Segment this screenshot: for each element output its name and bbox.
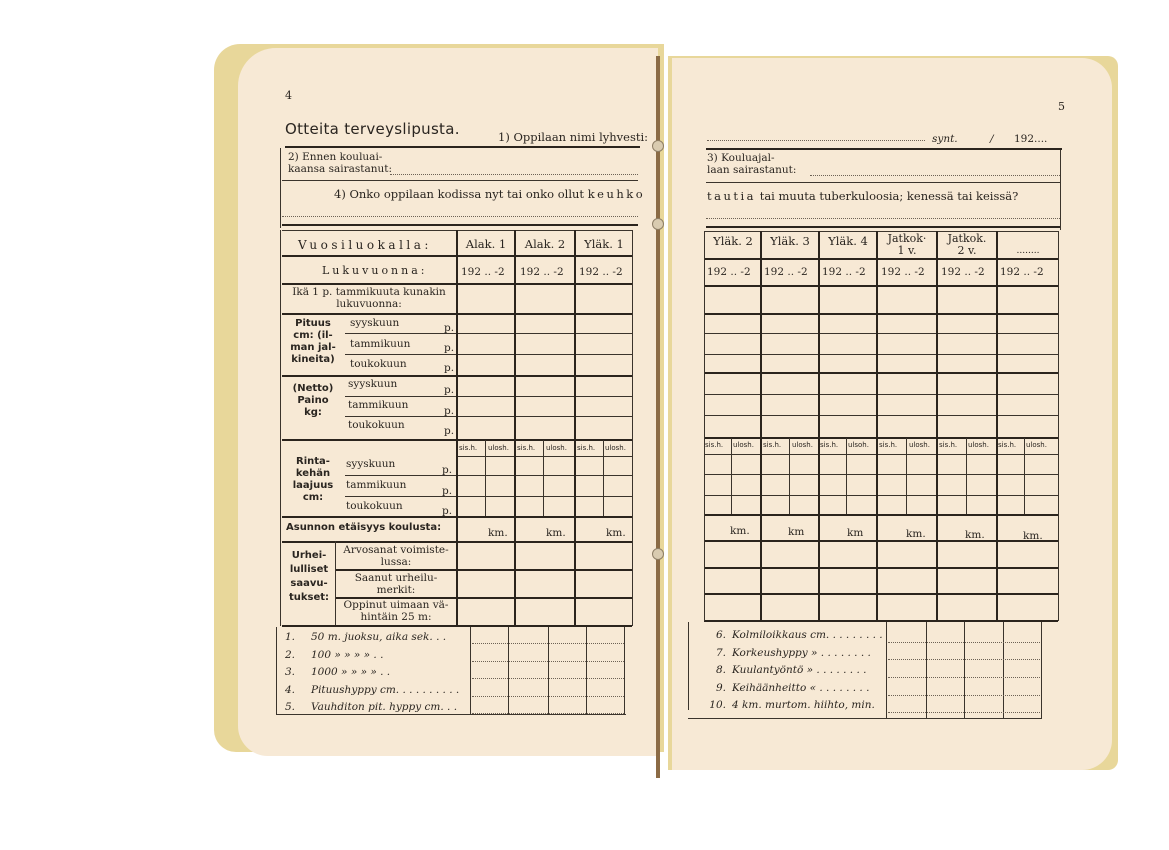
row-label-school-year: Lukuvuonna: <box>322 264 428 277</box>
month-toukokuun: toukokuun <box>346 500 403 512</box>
sport-row-badges: Saanut urheilu- <box>338 572 454 584</box>
question-3-label-1: 3) Kouluajal- <box>707 152 775 164</box>
day-suffix: p. <box>444 405 454 417</box>
chest-sub-inhale: sis.h. <box>517 444 535 452</box>
month-syyskuun: syyskuun <box>346 458 395 470</box>
month-tammikuun: tammikuun <box>350 338 410 350</box>
column-header-blank[interactable]: ........ <box>998 245 1058 257</box>
column-header-jatkok-2: 2 v. <box>938 245 996 257</box>
sport-row-swimming: Oppinut uimaan vä- <box>338 599 454 611</box>
event-label: Kuulantyöntö » . . . . . . . . <box>732 664 866 676</box>
distance-unit: km. <box>546 527 566 539</box>
school-year-field[interactable]: 192 .. -2 <box>881 266 925 278</box>
chest-group-label: kehän <box>284 468 342 480</box>
sport-row-badges: merkit: <box>338 584 454 596</box>
event-label: Kolmiloikkaus cm. . . . . . . . . <box>732 629 883 641</box>
age-label-2: lukuvuonna: <box>284 298 454 310</box>
question-4-continued: tai muuta tuberkuloosia; kenessä tai kei… <box>760 189 1019 203</box>
age-label-1: Ikä 1 p. tammikuuta kunakin <box>284 286 454 298</box>
page-number-left: 4 <box>285 89 292 102</box>
event-row: 8.Kuulantyöntö » . . . . . . . . <box>700 662 883 680</box>
weight-group-label: (Netto) <box>284 383 342 395</box>
event-number: 4. <box>285 682 311 700</box>
month-toukokuun: toukokuun <box>350 358 407 370</box>
chest-sub-inhale: sis.h. <box>577 444 595 452</box>
question-2-field[interactable] <box>390 174 638 175</box>
chest-sub-exhale: ulosh. <box>909 441 930 449</box>
student-name-field[interactable] <box>707 140 925 141</box>
event-number: 7. <box>700 645 732 663</box>
distance-unit: km. <box>1023 530 1043 542</box>
distance-unit: km. <box>906 528 926 540</box>
distance-unit: km. <box>488 527 508 539</box>
chest-sub-exhale: ulsoh. <box>848 441 869 449</box>
column-header-jatkok-1: 1 v. <box>878 245 936 257</box>
school-year-field[interactable]: 192 .. -2 <box>579 266 623 278</box>
event-row: 5.Vauhditon pit. hyppy cm. . . <box>285 699 459 717</box>
chest-group-label: laajuus <box>284 480 342 492</box>
month-tammikuun: tammikuun <box>348 399 408 411</box>
day-suffix: p. <box>442 485 452 497</box>
distance-unit: km. <box>730 525 750 537</box>
question-4-field[interactable] <box>282 216 638 217</box>
school-year-field[interactable]: 192 .. -2 <box>520 266 564 278</box>
distance-unit: km. <box>965 529 985 541</box>
school-year-field[interactable]: 192 .. -2 <box>822 266 866 278</box>
school-year-field[interactable]: 192 .. -2 <box>461 266 505 278</box>
event-label: Korkeushyppy » . . . . . . . . <box>732 647 871 659</box>
sport-group-label: lulliset <box>282 563 336 577</box>
month-syyskuun: syyskuun <box>348 378 397 390</box>
weight-group-label: kg: <box>284 407 342 419</box>
height-group-label: man jal- <box>284 342 342 354</box>
month-tammikuun: tammikuun <box>346 479 406 491</box>
question-4-label-spaced: keuhko <box>588 187 645 201</box>
event-row: 3.1000 » » » » . . <box>285 664 459 682</box>
day-suffix: p. <box>444 362 454 374</box>
column-header-ylak-1: Yläk. 1 <box>576 238 632 250</box>
page-number-right: 5 <box>1058 100 1065 113</box>
height-group-label: cm: (il- <box>284 330 342 342</box>
question-4-label: 4) Onko oppilaan kodissa nyt tai onko ol… <box>334 187 584 201</box>
question-4-field-right[interactable] <box>706 218 1060 219</box>
distance-unit: km. <box>606 527 626 539</box>
chest-sub-inhale: sis.h. <box>705 441 723 449</box>
question-3-label-2: laan sairastanut: <box>707 164 796 176</box>
chest-sub-exhale: ulosh. <box>605 444 626 452</box>
day-suffix: p. <box>442 505 452 517</box>
event-row: 2.100 » » » » . . <box>285 647 459 665</box>
chest-sub-inhale: sis.h. <box>879 441 897 449</box>
event-row: 7.Korkeushyppy » . . . . . . . . <box>700 645 883 663</box>
chest-group-label: cm: <box>284 492 342 504</box>
month-syyskuun: syyskuun <box>350 317 399 329</box>
weight-group-label: Paino <box>284 395 342 407</box>
row-label-grade: Vuosiluokalla: <box>298 238 432 252</box>
event-label: Vauhditon pit. hyppy cm. . . <box>311 701 457 713</box>
staple <box>652 218 664 230</box>
event-number: 3. <box>285 664 311 682</box>
event-row: 6.Kolmiloikkaus cm. . . . . . . . . <box>700 627 883 645</box>
event-number: 10. <box>700 697 732 715</box>
birth-year-field[interactable]: 192.... <box>1014 133 1047 145</box>
birth-date-separator: / <box>990 133 994 145</box>
event-label: Keihäänheitto « . . . . . . . . <box>732 682 869 694</box>
booklet-spine <box>656 56 660 778</box>
question-1-label: 1) Oppilaan nimi lyhvesti: <box>498 131 648 143</box>
distance-unit: km <box>788 526 804 538</box>
school-year-field[interactable]: 192 .. -2 <box>941 266 985 278</box>
event-label: Pituushyppy cm. . . . . . . . . . <box>311 684 459 696</box>
distance-label: Asunnon etäisyys koulusta: <box>286 522 441 534</box>
day-suffix: p. <box>444 425 454 437</box>
question-3-field[interactable] <box>810 175 1060 176</box>
question-4-continued-spaced: tautia <box>707 189 756 203</box>
chest-sub-exhale: ulosh. <box>733 441 754 449</box>
sport-group-label: Urhei- <box>282 549 336 563</box>
sport-group-label: saavu- <box>282 577 336 591</box>
event-row: 9.Keihäänheitto « . . . . . . . . <box>700 680 883 698</box>
event-number: 9. <box>700 680 732 698</box>
chest-sub-inhale: sis.h. <box>763 441 781 449</box>
event-number: 6. <box>700 627 732 645</box>
event-row: 1.50 m. juoksu, aika sek. . . <box>285 629 459 647</box>
column-header-ylak-4: Yläk. 4 <box>820 235 876 247</box>
page-title: Otteita terveyslipusta. <box>285 120 460 138</box>
sport-row-gymnastics: Arvosanat voimiste- <box>338 544 454 556</box>
day-suffix: p. <box>444 384 454 396</box>
event-number: 1. <box>285 629 311 647</box>
chest-sub-exhale: ulosh. <box>1026 441 1047 449</box>
sport-row-gymnastics: lussa: <box>338 556 454 568</box>
chest-sub-exhale: ulosh. <box>546 444 567 452</box>
staple <box>652 140 664 152</box>
chest-sub-exhale: ulosh. <box>488 444 509 452</box>
chest-sub-inhale: sis.h. <box>459 444 477 452</box>
day-suffix: p. <box>442 464 452 476</box>
column-header-alak-2: Alak. 2 <box>516 238 574 250</box>
question-2-label-1: 2) Ennen kouluai- <box>288 151 382 163</box>
event-row: 4.Pituushyppy cm. . . . . . . . . . <box>285 682 459 700</box>
height-group-label: kineita) <box>284 354 342 366</box>
event-label: 4 km. murtom. hiihto, min. <box>732 699 875 711</box>
school-year-field[interactable]: 192 .. -2 <box>1000 266 1044 278</box>
staple <box>652 548 664 560</box>
event-number: 8. <box>700 662 732 680</box>
column-header-ylak-3: Yläk. 3 <box>762 235 818 247</box>
chest-sub-inhale: sis.h. <box>939 441 957 449</box>
column-header-ylak-2: Yläk. 2 <box>706 235 760 247</box>
chest-sub-exhale: ulosh. <box>968 441 989 449</box>
event-label: 100 » » » » . . <box>311 649 383 661</box>
school-year-field[interactable]: 192 .. -2 <box>764 266 808 278</box>
chest-sub-inhale: sis.h. <box>998 441 1016 449</box>
chest-group-label: Rinta- <box>284 456 342 468</box>
question-2-label-2: kaansa sairastanut: <box>288 163 392 175</box>
event-row: 10.4 km. murtom. hiihto, min. <box>700 697 883 715</box>
distance-unit: km <box>847 527 863 539</box>
month-toukokuun: toukokuun <box>348 419 405 431</box>
chest-sub-exhale: ulosh. <box>792 441 813 449</box>
school-year-field[interactable]: 192 .. -2 <box>707 266 751 278</box>
day-suffix: p. <box>444 342 454 354</box>
sport-group-label: tukset: <box>282 591 336 605</box>
day-suffix: p. <box>444 322 454 334</box>
birth-label: synt. <box>932 133 958 145</box>
chest-sub-inhale: sis.h. <box>820 441 838 449</box>
event-number: 5. <box>285 699 311 717</box>
height-group-label: Pituus <box>284 318 342 330</box>
column-header-alak-1: Alak. 1 <box>458 238 514 250</box>
event-label: 1000 » » » » . . <box>311 666 390 678</box>
event-label: 50 m. juoksu, aika sek. . . <box>311 631 446 643</box>
event-number: 2. <box>285 647 311 665</box>
sport-row-swimming: hintäin 25 m: <box>338 611 454 623</box>
